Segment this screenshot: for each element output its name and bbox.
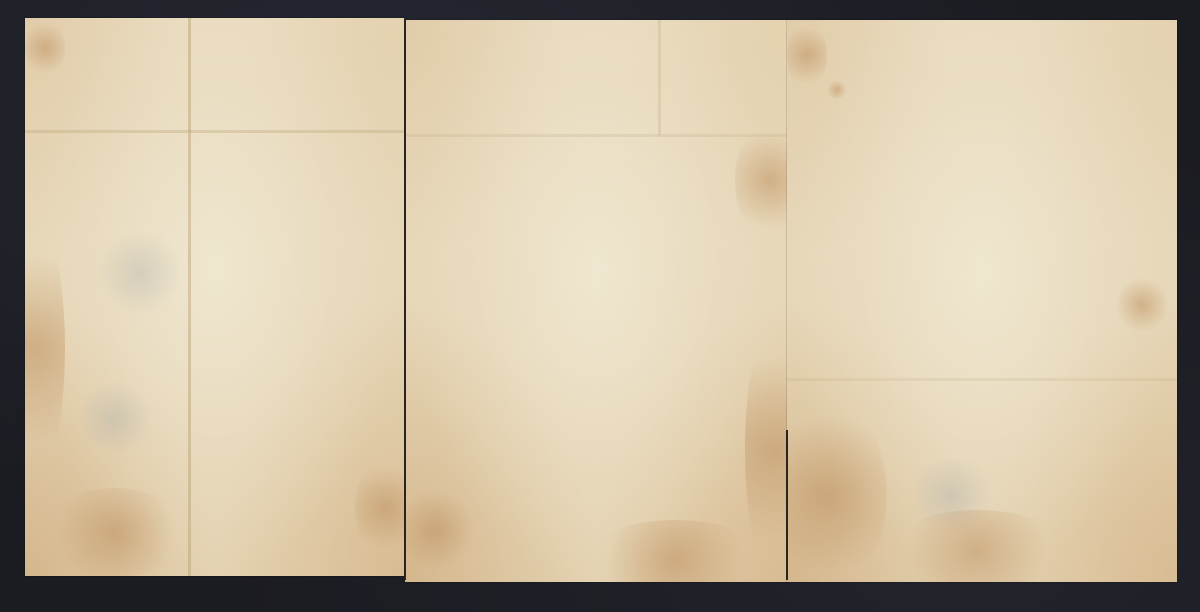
sheet-seam (404, 18, 406, 580)
photo-scene (0, 0, 1200, 612)
horizontal-fold-line (25, 130, 405, 133)
vertical-fold-line (188, 18, 191, 576)
show-through-ink (907, 460, 997, 530)
foxing-stain (25, 18, 65, 78)
right-paper-sheet (787, 20, 1177, 582)
show-through-ink (80, 378, 150, 458)
foxing-stain (827, 80, 847, 100)
foxing-stain (787, 20, 827, 90)
left-paper-sheet (25, 18, 405, 576)
vertical-fold-line (658, 20, 661, 135)
horizontal-fold-line (405, 134, 787, 137)
horizontal-fold-line (787, 378, 1177, 381)
sheet-seam (786, 430, 788, 580)
show-through-ink (100, 228, 180, 318)
center-paper-sheet (405, 20, 787, 582)
foxing-stain (1117, 275, 1167, 335)
foxing-stain (45, 488, 185, 576)
paper-aging-tone (405, 20, 787, 582)
